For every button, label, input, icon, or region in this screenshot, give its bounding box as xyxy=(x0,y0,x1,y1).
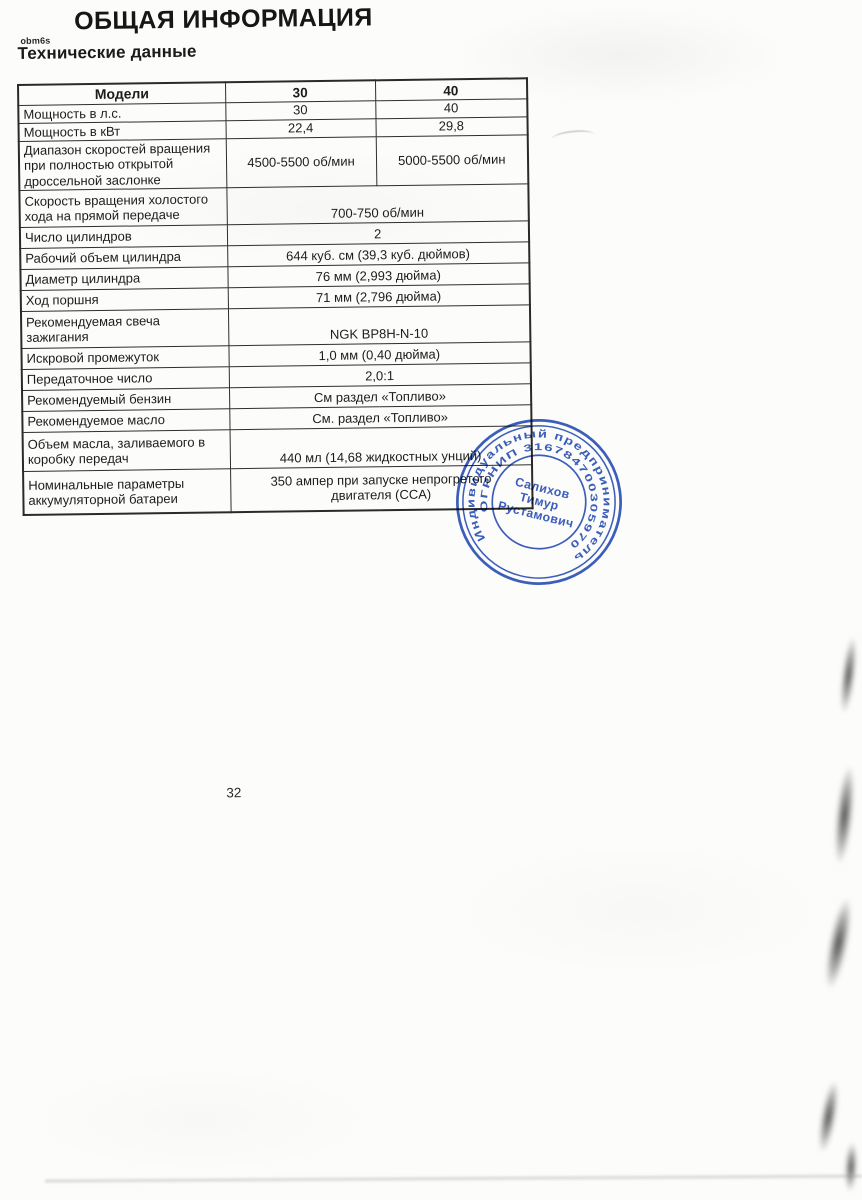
row-label: Скорость вращения холостого хода на прям… xyxy=(19,188,226,228)
row-label: Ход поршня xyxy=(21,288,228,312)
header-model-40: 40 xyxy=(375,78,527,100)
row-value: 22,4 xyxy=(225,119,375,139)
row-value: NGK BP8H-N-10 xyxy=(228,305,530,346)
section-subtitle: Технические данные xyxy=(17,42,196,64)
row-label: Число цилиндров xyxy=(20,225,227,249)
page-title: ОБЩАЯ ИНФОРМАЦИЯ xyxy=(74,3,373,36)
row-label: Рекомендуемое масло xyxy=(22,409,229,433)
row-label: Искровой промежуток xyxy=(21,346,228,370)
row-label: Передаточное число xyxy=(22,367,229,391)
table-row: Диапазон скоростей вращения при полность… xyxy=(19,135,529,191)
page-number: 32 xyxy=(226,785,241,800)
row-value: 40 xyxy=(375,98,527,118)
row-value: 4500-5500 об/мин xyxy=(226,137,377,188)
header-models: Модели xyxy=(18,82,225,105)
document-content: ОБЩАЯ ИНФОРМАЦИЯ obm6s Технические данны… xyxy=(0,0,862,1200)
row-value: 29,8 xyxy=(375,117,527,137)
scanned-page: ОБЩАЯ ИНФОРМАЦИЯ obm6s Технические данны… xyxy=(0,0,862,1200)
entrepreneur-stamp: Индивидуальный предприниматель ОГРНИП 31… xyxy=(454,417,624,587)
row-value: 30 xyxy=(225,100,375,120)
stamp-seal-graphic: Индивидуальный предприниматель ОГРНИП 31… xyxy=(454,417,624,587)
header-model-30: 30 xyxy=(225,80,375,102)
row-label: Рекомендуемая свеча зажигания xyxy=(21,309,228,349)
row-label: Объем масла, заливаемого в коробку перед… xyxy=(23,430,230,472)
row-label: Рекомендуемый бензин xyxy=(22,388,229,412)
row-value: 5000-5500 об/мин xyxy=(376,135,529,186)
row-label: Номинальные параметры аккумуляторной бат… xyxy=(23,469,231,515)
row-label: Диапазон скоростей вращения при полность… xyxy=(19,139,227,191)
row-label: Рабочий объем цилиндра xyxy=(20,246,227,270)
row-value: 700-750 об/мин xyxy=(226,184,528,225)
row-label: Диаметр цилиндра xyxy=(20,267,227,291)
